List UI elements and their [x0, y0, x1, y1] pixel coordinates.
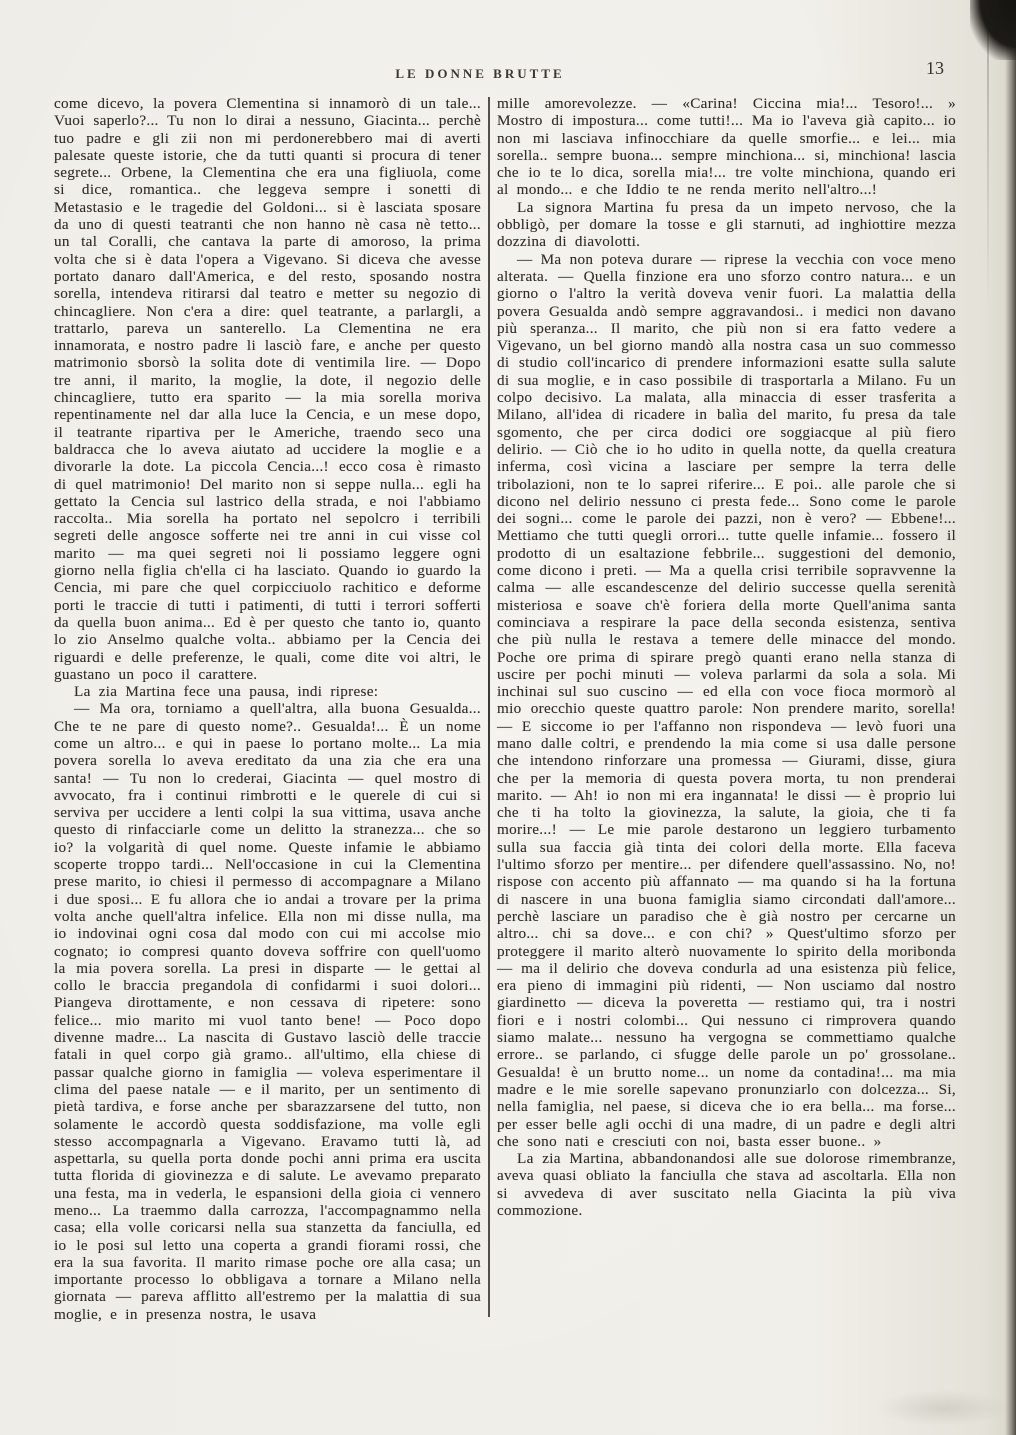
paragraph: La zia Martina fece una pausa, indi ripr… — [54, 683, 481, 700]
scan-corner-smudge-artifact — [970, 0, 1016, 60]
paragraph: — Ma non poteva durare — riprese la vecc… — [497, 251, 956, 1150]
scan-bottom-smudge-artifact — [875, 1390, 1010, 1426]
book-page: LE DONNE BRUTTE 13 come dicevo, la pover… — [0, 0, 1016, 1435]
running-head-title: LE DONNE BRUTTE — [0, 66, 960, 82]
paragraph: La signora Martina fu presa da un impeto… — [497, 199, 956, 251]
paragraph: — Ma ora, torniamo a quell'altra, alla b… — [54, 700, 481, 1323]
scan-edge-shadow-artifact — [1005, 0, 1016, 1435]
text-columns: come dicevo, la povera Clementina si inn… — [54, 95, 956, 1323]
right-column: mille amorevolezze. — «Carina! Ciccina m… — [497, 95, 956, 1323]
left-column: come dicevo, la povera Clementina si inn… — [54, 95, 481, 1323]
paragraph: La zia Martina, abbandonandosi alle sue … — [497, 1150, 956, 1219]
column-divider-rule — [488, 97, 490, 1317]
page-number: 13 — [926, 58, 944, 79]
paragraph: mille amorevolezze. — «Carina! Ciccina m… — [497, 95, 956, 199]
paragraph: come dicevo, la povera Clementina si inn… — [54, 95, 481, 683]
